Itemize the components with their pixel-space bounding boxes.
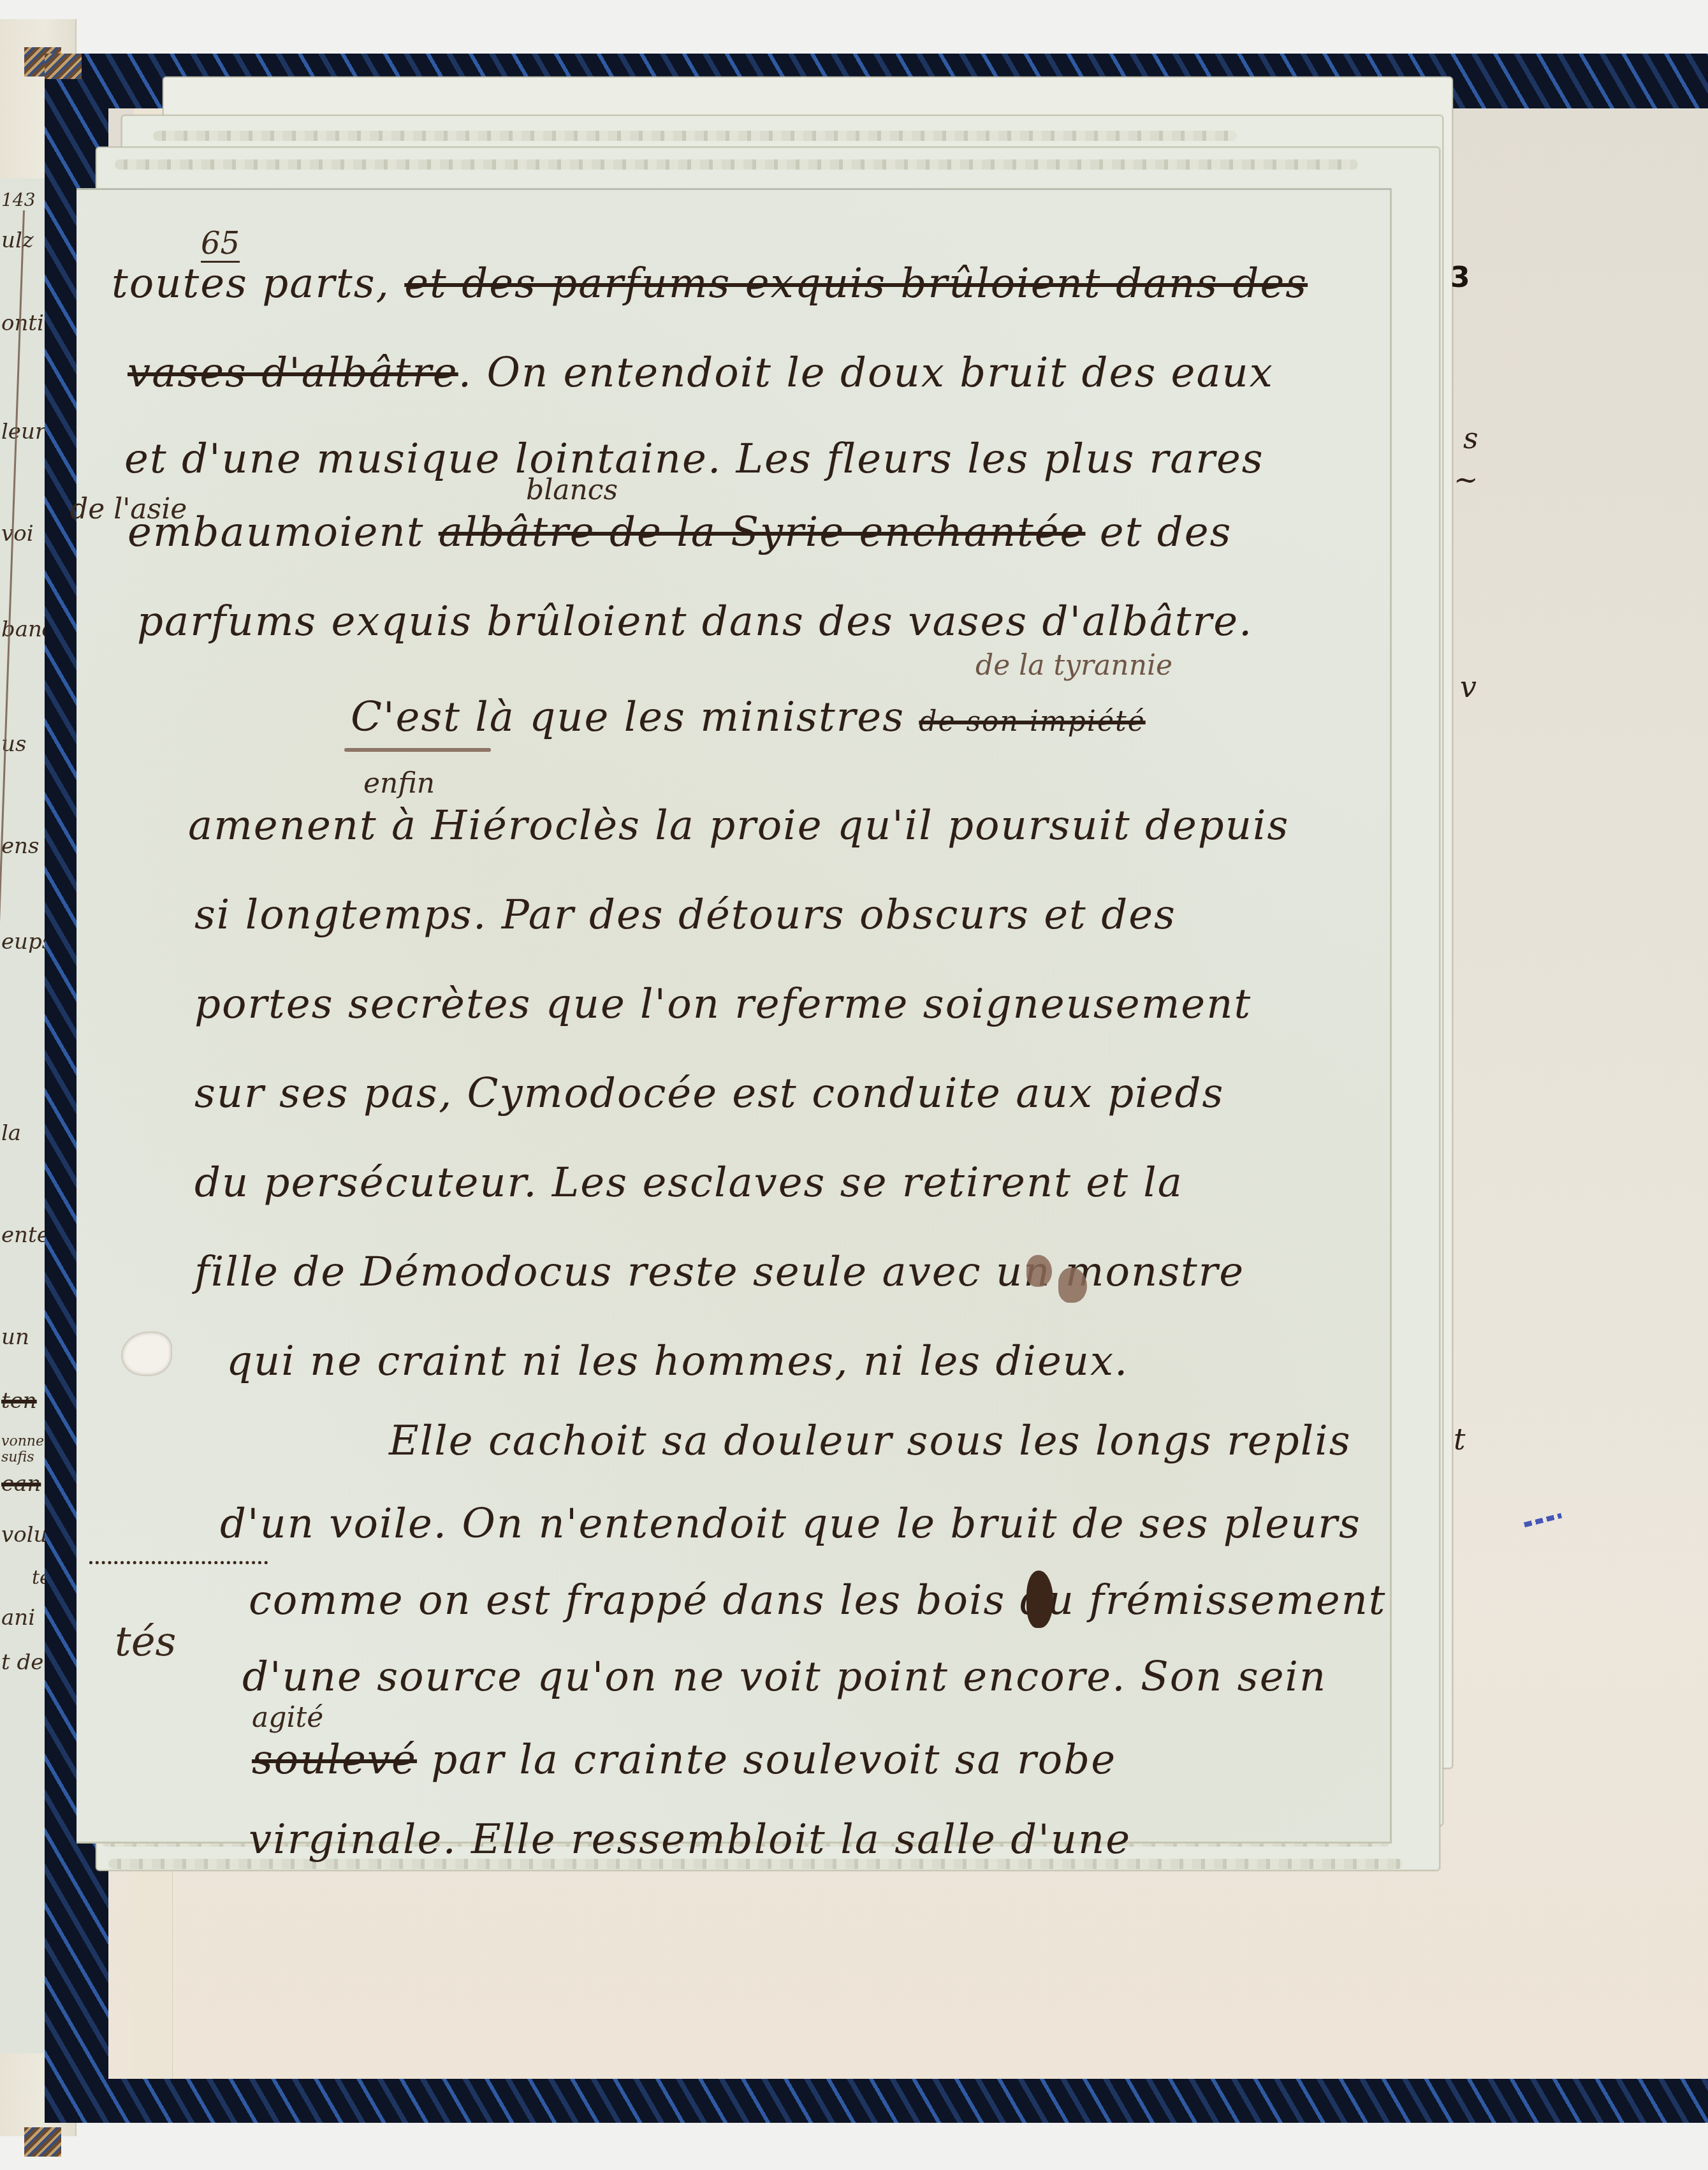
line-text: toutes parts,	[112, 260, 390, 307]
line-text: parfums exquis brûloient dans des vases …	[137, 598, 1253, 645]
dotted-rule	[89, 1561, 268, 1564]
manuscript-line: embaumoient albâtre de la Syrie enchanté…	[128, 509, 1232, 556]
manuscript-line: toutes parts, et des parfums exquis brûl…	[112, 260, 1308, 307]
line-text: d'un voile. On n'entendoit que le bruit …	[220, 1500, 1361, 1548]
line-text: et d'une musique lointaine. Les fleurs l…	[124, 436, 1264, 483]
interlinear-addition: de la tyrannie	[975, 649, 1172, 682]
marbled-endpaper-corner	[45, 54, 82, 79]
manuscript-line: parfums exquis brûloient dans des vases …	[137, 598, 1253, 645]
ink-blot	[1058, 1268, 1087, 1303]
line-text: . On entendoit le doux bruit des eaux	[458, 349, 1274, 397]
line-text: amenent à Hiéroclès la proie qu'il pours…	[188, 802, 1289, 849]
line-text: qui ne craint ni les hommes, ni les dieu…	[226, 1338, 1128, 1385]
manuscript-line: virginale. Elle ressembloit la salle d'u…	[249, 1816, 1131, 1863]
line-text: Elle cachoit sa douleur sous les longs r…	[389, 1418, 1351, 1465]
line-text: virginale. Elle ressembloit la salle d'u…	[249, 1816, 1131, 1863]
line-text: du persécuteur. Les esclaves se retirent…	[194, 1159, 1183, 1206]
line-text: embaumoient	[128, 509, 424, 556]
edge-ink-mark: s	[1463, 421, 1478, 455]
struck-text: et des parfums exquis brûloient dans des	[404, 260, 1308, 307]
struck-text: vases d'albâtre	[128, 349, 458, 397]
line-text: comme on est frappé dans les bois du fré…	[249, 1577, 1387, 1624]
manuscript-line: qui ne craint ni les hommes, ni les dieu…	[226, 1338, 1128, 1385]
manuscript-line: si longtemps. Par des détours obscurs et…	[194, 891, 1176, 939]
torn-paper-edge	[153, 131, 1237, 141]
paper-hole	[121, 1331, 172, 1376]
line-text: d'une source qu'on ne voit point encore.…	[242, 1653, 1327, 1701]
line-text: sur ses pas, Cymodocée est conduite aux …	[194, 1070, 1224, 1117]
manuscript-line: d'une source qu'on ne voit point encore.…	[242, 1653, 1327, 1701]
edge-ink-mark: t	[1454, 1422, 1466, 1456]
manuscript-line: vases d'albâtre. On entendoit le doux br…	[128, 349, 1274, 397]
line-text: portes secrètes que l'on referme soigneu…	[194, 981, 1252, 1028]
manuscript-line: fille de Démodocus reste seule avec un m…	[194, 1249, 1245, 1296]
edge-ink-mark: ~	[1454, 462, 1478, 497]
manuscript-line: soulevé par la crainte soulevoit sa robe	[252, 1736, 1116, 1784]
manuscript-line: comme on est frappé dans les bois du fré…	[249, 1577, 1387, 1624]
manuscript-line: d'un voile. On n'entendoit que le bruit …	[220, 1500, 1361, 1548]
struck-text: albâtre de la Syrie enchantée	[439, 509, 1086, 556]
ink-blot	[1026, 1571, 1053, 1628]
facing-page-overflow-text: tés	[115, 1618, 176, 1666]
line-text: les ministres	[624, 694, 905, 741]
line-text: par la crainte soulevoit sa robe	[431, 1736, 1116, 1784]
interlinear-addition: enfin	[363, 767, 435, 800]
ink-blot	[1026, 1255, 1052, 1287]
interlinear-addition: blancs	[526, 474, 618, 506]
manuscript-line: Elle cachoit sa douleur sous les longs r…	[389, 1418, 1351, 1465]
marbled-spine-bottom	[24, 2127, 61, 2157]
line-text: si longtemps. Par des détours obscurs et…	[194, 891, 1176, 939]
line-text: fille de Démodocus reste seule avec un m…	[194, 1249, 1245, 1296]
folio-number: 65	[201, 227, 240, 263]
interlinear-addition: agité	[252, 1701, 323, 1734]
struck-text: soulevé	[252, 1736, 417, 1784]
manuscript-line: portes secrètes que l'on referme soigneu…	[194, 981, 1252, 1028]
faded-underline	[344, 748, 491, 752]
torn-paper-edge	[115, 159, 1358, 170]
manuscript-line: du persécuteur. Les esclaves se retirent…	[194, 1159, 1183, 1206]
line-text: C'est là que	[351, 694, 609, 741]
manuscript-line: sur ses pas, Cymodocée est conduite aux …	[194, 1070, 1224, 1117]
struck-text: de son impiété	[919, 705, 1145, 738]
leaf-corner-number: 3	[1450, 261, 1470, 294]
edge-ink-mark: v	[1460, 670, 1477, 704]
manuscript-line: C'est là que les ministres de son impiét…	[351, 694, 1146, 741]
manuscript-line: amenent à Hiéroclès la proie qu'il pours…	[188, 802, 1289, 849]
line-text: et des	[1100, 509, 1232, 556]
manuscript-page: 65 toutes parts, et des parfums exquis b…	[77, 188, 1392, 1844]
manuscript-line: et d'une musique lointaine. Les fleurs l…	[124, 436, 1264, 483]
